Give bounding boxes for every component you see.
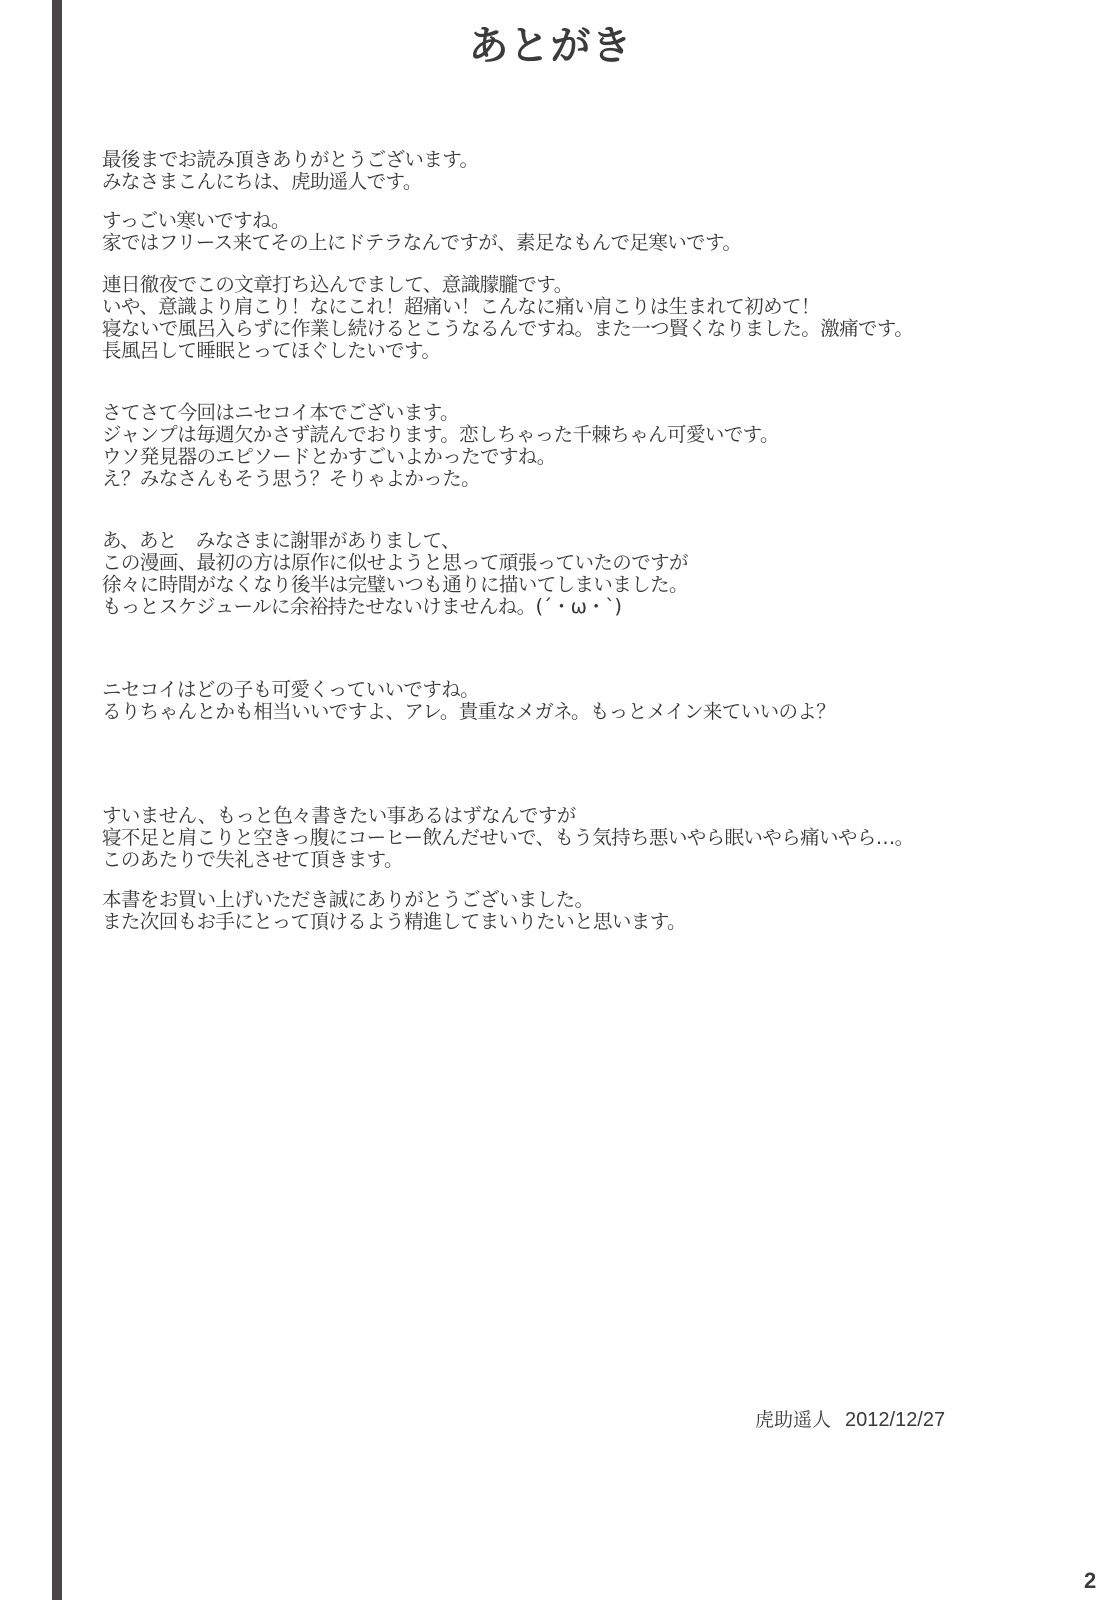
- text-line: すいません、もっと色々書きたい事あるはずなんですが: [102, 805, 914, 827]
- text-line: 本書をお買い上げいただき誠にありがとうございました。: [102, 889, 686, 911]
- paragraph-greeting: 最後までお読み頂きありがとうございます。 みなさまこんにちは、虎助遥人です。: [102, 149, 478, 193]
- text-line: このあたりで失礼させて頂きます。: [102, 849, 914, 871]
- signature-author: 虎助遥人: [755, 1409, 831, 1431]
- text-line: すっごい寒いですね。: [102, 210, 741, 232]
- text-line: みなさまこんにちは、虎助遥人です。: [102, 171, 478, 193]
- paragraph-apology: あ、あと みなさまに謝罪がありまして、 この漫画、最初の方は原作に似せようと思っ…: [102, 530, 688, 618]
- text-line: 連日徹夜でこの文章打ち込んでまして、意識朦朧です。: [102, 274, 913, 296]
- text-line: ジャンプは毎週欠かさず読んでおります。恋しちゃった千棘ちゃん可愛いです。: [102, 424, 779, 446]
- text-line: るりちゃんとかも相当いいですよ、アレ。貴重なメガネ。もっとメイン来ていいのよ？: [102, 701, 835, 723]
- text-line: 寝不足と肩こりと空きっ腹にコーヒー飲んだせいで、もう気持ち悪いやら眠いやら痛いや…: [102, 827, 914, 849]
- text-line: もっとスケジュールに余裕持たせないけませんね。(´・ω・`): [102, 596, 688, 618]
- text-line: 寝ないで風呂入らずに作業し続けるとこうなるんですね。また一つ賢くなりました。激痛…: [102, 318, 913, 340]
- text-line: また次回もお手にとって頂けるよう精進してまいりたいと思います。: [102, 911, 686, 933]
- binding-bar: [52, 0, 62, 1600]
- paragraph-all-nighter: 連日徹夜でこの文章打ち込んでまして、意識朦朧です。 いや、意識より肩こり！なにこ…: [102, 274, 913, 362]
- text-line: いや、意識より肩こり！なにこれ！超痛い！こんなに痛い肩こりは生まれて初めて！: [102, 296, 913, 318]
- paragraph-nisekoi: さてさて今回はニセコイ本でございます。 ジャンプは毎週欠かさず読んでおります。恋…: [102, 402, 779, 490]
- text-line: この漫画、最初の方は原作に似せようと思って頑張っていたのですが: [102, 552, 688, 574]
- paragraph-thanks: 本書をお買い上げいただき誠にありがとうございました。 また次回もお手にとって頂け…: [102, 889, 686, 933]
- text-line: ウソ発見器のエピソードとかすごいよかったですね。: [102, 446, 779, 468]
- text-line: さてさて今回はニセコイ本でございます。: [102, 402, 779, 424]
- paragraph-characters: ニセコイはどの子も可愛くっていいですね。 るりちゃんとかも相当いいですよ、アレ。…: [102, 679, 835, 723]
- text-line: ニセコイはどの子も可愛くっていいですね。: [102, 679, 835, 701]
- signature: 虎助遥人2012/12/27: [755, 1408, 945, 1432]
- text-line: あ、あと みなさまに謝罪がありまして、: [102, 530, 688, 552]
- paragraph-cold: すっごい寒いですね。 家ではフリース来てその上にドテラなんですが、素足なもんで足…: [102, 210, 741, 254]
- text-line: 徐々に時間がなくなり後半は完璧いつも通りに描いてしまいました。: [102, 574, 688, 596]
- page-number: 2: [1084, 1568, 1096, 1594]
- text-line: 家ではフリース来てその上にドテラなんですが、素足なもんで足寒いです。: [102, 232, 741, 254]
- signature-date: 2012/12/27: [845, 1409, 945, 1431]
- text-line: 最後までお読み頂きありがとうございます。: [102, 149, 478, 171]
- paragraph-closing: すいません、もっと色々書きたい事あるはずなんですが 寝不足と肩こりと空きっ腹にコ…: [102, 805, 914, 871]
- text-line: 長風呂して睡眠とってほぐしたいです。: [102, 340, 913, 362]
- text-line: え？みなさんもそう思う？そりゃよかった。: [102, 468, 779, 490]
- page-title: あとがき: [0, 18, 1101, 74]
